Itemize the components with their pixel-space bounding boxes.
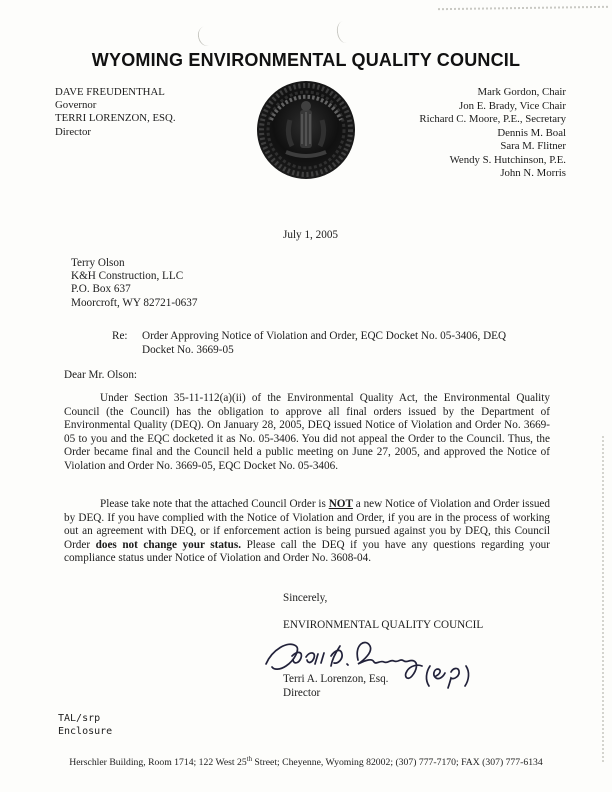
signer-name: Terri A. Lorenzon, Esq. bbox=[283, 673, 388, 685]
member-name: Dennis M. Boal bbox=[419, 127, 566, 141]
body-paragraph-2: Please take note that the attached Counc… bbox=[64, 498, 550, 566]
paragraph-text: Please take note that the attached Counc… bbox=[100, 498, 329, 510]
recipient-line: Moorcroft, WY 82721-0637 bbox=[71, 297, 197, 310]
scan-artifact-vertical-line bbox=[602, 436, 604, 762]
member-name: Sara M. Flitner bbox=[419, 140, 566, 154]
governor-name: DAVE FREUDENTHAL bbox=[55, 86, 176, 99]
governor-title: Governor bbox=[55, 99, 176, 112]
member-name: Richard C. Moore, P.E., Secretary bbox=[419, 113, 566, 127]
officials-block: DAVE FREUDENTHAL Governor TERRI LORENZON… bbox=[55, 86, 176, 139]
member-name: Jon E. Brady, Vice Chair bbox=[419, 100, 566, 114]
council-members-block: Mark Gordon, Chair Jon E. Brady, Vice Ch… bbox=[419, 86, 566, 181]
signer-title: Director bbox=[283, 687, 320, 699]
scan-artifact-dotted-line bbox=[438, 6, 608, 10]
director-name: TERRI LORENZON, ESQ. bbox=[55, 112, 176, 125]
salutation: Dear Mr. Olson: bbox=[64, 369, 137, 381]
member-name: Mark Gordon, Chair bbox=[419, 86, 566, 100]
page-title: WYOMING ENVIRONMENTAL QUALITY COUNCIL bbox=[0, 50, 612, 71]
footer-text: Herschler Building, Room 1714; 122 West … bbox=[69, 757, 246, 768]
member-name: John N. Morris bbox=[419, 167, 566, 181]
re-subject-block: Re: Order Approving Notice of Violation … bbox=[112, 330, 506, 357]
bold-emphasis: does not change your status. bbox=[96, 539, 241, 551]
re-subject-line: Docket No. 3669-05 bbox=[142, 344, 506, 358]
re-subject-line: Order Approving Notice of Violation and … bbox=[142, 330, 506, 344]
footer-address: Herschler Building, Room 1714; 122 West … bbox=[0, 756, 612, 768]
scan-artifact-mark-left bbox=[196, 24, 217, 48]
wyoming-state-seal-icon bbox=[256, 80, 356, 180]
letter-page: WYOMING ENVIRONMENTAL QUALITY COUNCIL DA… bbox=[0, 0, 612, 792]
director-title: Director bbox=[55, 126, 176, 139]
recipient-address-block: Terry Olson K&H Construction, LLC P.O. B… bbox=[71, 257, 197, 310]
enclosure-note: Enclosure bbox=[58, 725, 112, 738]
scan-artifact-mark-right bbox=[335, 20, 354, 44]
re-subject-text: Order Approving Notice of Violation and … bbox=[142, 330, 506, 357]
recipient-line: Terry Olson bbox=[71, 257, 197, 270]
recipient-line: K&H Construction, LLC bbox=[71, 270, 197, 283]
reference-initials: TAL/srp bbox=[58, 712, 112, 725]
closing: Sincerely, bbox=[283, 592, 327, 604]
re-label: Re: bbox=[112, 330, 142, 357]
body-paragraph-1: Under Section 35-11-112(a)(ii) of the En… bbox=[64, 392, 550, 473]
not-emphasis: NOT bbox=[329, 498, 353, 510]
letter-date: July 1, 2005 bbox=[283, 229, 338, 241]
reference-block: TAL/srp Enclosure bbox=[58, 712, 112, 738]
recipient-line: P.O. Box 637 bbox=[71, 283, 197, 296]
member-name: Wendy S. Hutchinson, P.E. bbox=[419, 154, 566, 168]
footer-text: Street; Cheyenne, Wyoming 82002; (307) 7… bbox=[252, 757, 543, 768]
